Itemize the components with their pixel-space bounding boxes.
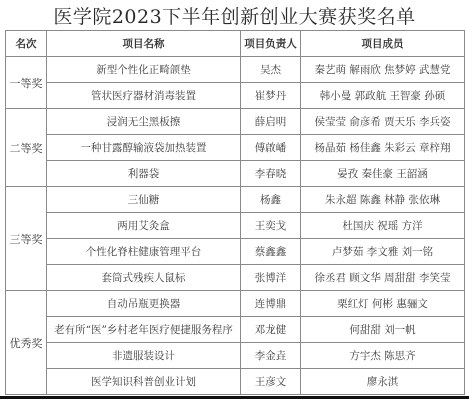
project-members: 廖永淇	[301, 369, 465, 395]
project-members: 朱永超 陈鑫 林静 张依琳	[301, 187, 465, 213]
project-members: 徐丞君 顾文华 周甜甜 李笑莹	[301, 265, 465, 291]
header-project: 项目名称	[47, 31, 241, 57]
bottom-divider	[0, 396, 469, 399]
project-name: 个性化脊柱健康管理平台	[47, 239, 241, 265]
table-row: 优秀奖 自动吊瓶更换器 连博鼎 栗红灯 何彬 惠骊文	[6, 291, 465, 317]
project-members: 侯莹莹 俞彦希 贾天乐 李兵姿	[301, 109, 465, 135]
project-members: 秦艺萌 解雨欣 焦梦婷 武慧党	[301, 57, 465, 83]
rank-cell: 二等奖	[6, 109, 47, 187]
project-members: 栗红灯 何彬 惠骊文	[301, 291, 465, 317]
project-members: 何甜甜 刘一帆	[301, 317, 465, 343]
table-row: 老有所“医”乡村老年医疗便捷服务程序 邓龙健 何甜甜 刘一帆	[6, 317, 465, 343]
project-leader: 杨鑫	[241, 187, 301, 213]
table-row: 非遗服装设计 李金垚 方宇杰 陈思齐	[6, 343, 465, 369]
project-leader: 王彦文	[241, 369, 301, 395]
project-name: 浸润无尘黑板擦	[47, 109, 241, 135]
table-row: 管状医疗器材消毒装置 崔梦丹 韩小曼 郭政航 王智豪 孙硕	[6, 83, 465, 109]
rank-cell: 三等奖	[6, 187, 47, 291]
header-leader: 项目负责人	[241, 31, 301, 57]
project-name: 套筒式残疾人鼠标	[47, 265, 241, 291]
project-name: 两用艾灸盒	[47, 213, 241, 239]
project-name: 新型个性化正畸颌垫	[47, 57, 241, 83]
table-row: 一等奖 新型个性化正畸颌垫 吴杰 秦艺萌 解雨欣 焦梦婷 武慧党	[6, 57, 465, 83]
project-members: 方宇杰 陈思齐	[301, 343, 465, 369]
project-leader: 王奕戈	[241, 213, 301, 239]
header-rank: 名次	[6, 31, 47, 57]
project-name: 管状医疗器材消毒装置	[47, 83, 241, 109]
project-leader: 吴杰	[241, 57, 301, 83]
project-members: 杜国庆 祝瑶 方洋	[301, 213, 465, 239]
project-leader: 蔡鑫鑫	[241, 239, 301, 265]
project-members: 杨晶茹 杨佳鑫 朱彩云 章梓翔	[301, 135, 465, 161]
project-members: 卢梦茹 李文雅 刘一铭	[301, 239, 465, 265]
table-row: 医学知识科普创业计划 王彦文 廖永淇	[6, 369, 465, 395]
project-name: 老有所“医”乡村老年医疗便捷服务程序	[47, 317, 241, 343]
table-row: 两用艾灸盒 王奕戈 杜国庆 祝瑶 方洋	[6, 213, 465, 239]
project-leader: 邓龙健	[241, 317, 301, 343]
table-row: 套筒式残疾人鼠标 张博洋 徐丞君 顾文华 周甜甜 李笑莹	[6, 265, 465, 291]
project-leader: 崔梦丹	[241, 83, 301, 109]
project-leader: 李金垚	[241, 343, 301, 369]
header-members: 项目成员	[301, 31, 465, 57]
project-leader: 李春晓	[241, 161, 301, 187]
project-name: 非遗服装设计	[47, 343, 241, 369]
project-leader: 傅啟嶓	[241, 135, 301, 161]
project-leader: 连博鼎	[241, 291, 301, 317]
header-row: 名次 项目名称 项目负责人 项目成员	[6, 31, 465, 57]
table-row: 二等奖 浸润无尘黑板擦 薛启明 侯莹莹 俞彦希 贾天乐 李兵姿	[6, 109, 465, 135]
project-members: 韩小曼 郭政航 王智豪 孙硕	[301, 83, 465, 109]
project-name: 三仙糖	[47, 187, 241, 213]
table-row: 三等奖 三仙糖 杨鑫 朱永超 陈鑫 林静 张依琳	[6, 187, 465, 213]
project-leader: 薛启明	[241, 109, 301, 135]
project-leader: 张博洋	[241, 265, 301, 291]
table-row: 一种甘露醇输液袋加热装置 傅啟嶓 杨晶茹 杨佳鑫 朱彩云 章梓翔	[6, 135, 465, 161]
project-name: 一种甘露醇输液袋加热装置	[47, 135, 241, 161]
award-table: 名次 项目名称 项目负责人 项目成员 一等奖 新型个性化正畸颌垫 吴杰 秦艺萌 …	[5, 30, 465, 395]
project-name: 自动吊瓶更换器	[47, 291, 241, 317]
rank-cell: 一等奖	[6, 57, 47, 109]
project-name: 利器袋	[47, 161, 241, 187]
project-name: 医学知识科普创业计划	[47, 369, 241, 395]
table-row: 利器袋 李春晓 晏孜 秦佳豪 王韶涵	[6, 161, 465, 187]
document-title: 医学院2023下半年创新创业大赛获奖名单	[0, 4, 469, 30]
table-row: 个性化脊柱健康管理平台 蔡鑫鑫 卢梦茹 李文雅 刘一铭	[6, 239, 465, 265]
project-members: 晏孜 秦佳豪 王韶涵	[301, 161, 465, 187]
rank-cell: 优秀奖	[6, 291, 47, 395]
